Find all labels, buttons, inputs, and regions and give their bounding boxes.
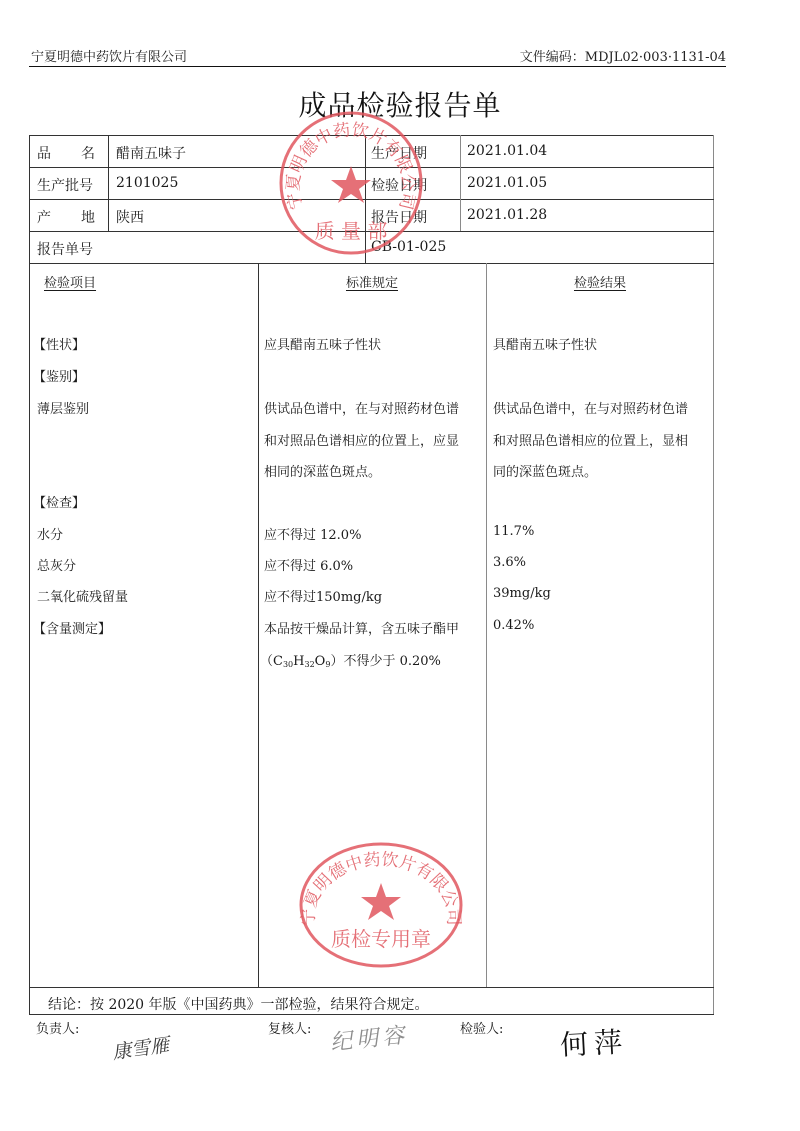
result-moisture: 11.7% xyxy=(493,524,534,539)
item-total-ash: 总灰分 xyxy=(37,555,76,574)
item-inspection: 【检查】 xyxy=(33,492,85,511)
inspector-label: 检验人: xyxy=(460,1018,503,1037)
item-assay: 【含量测定】 xyxy=(33,618,111,637)
svg-text:宁夏明德中药饮片有限公司: 宁夏明德中药饮片有限公司 xyxy=(299,850,463,926)
standard-assay-line1: 本品按干燥品计算，含五味子酯甲 xyxy=(264,618,459,637)
production-date-label: 生产日期 xyxy=(371,143,427,163)
report-number-label: 报告单号 xyxy=(37,239,93,259)
item-moisture: 水分 xyxy=(37,524,63,543)
production-date-value: 2021.01.04 xyxy=(467,143,547,159)
product-name-label: 品名 xyxy=(37,143,95,163)
svg-text:宁夏明德中药饮片有限公司: 宁夏明德中药饮片有限公司 xyxy=(283,120,418,211)
reviewer-label: 复核人: xyxy=(268,1018,311,1037)
standard-assay-line2: （C30H32O9）不得少于 0.20% xyxy=(260,650,441,669)
result-assay: 0.42% xyxy=(493,618,534,633)
company-name: 宁夏明德中药饮片有限公司 xyxy=(31,46,187,65)
quality-inspection-seal-icon: 宁夏明德中药饮片有限公司 质检专用章 xyxy=(296,840,466,970)
origin-label: 产地 xyxy=(37,207,95,227)
svg-text:质检专用章: 质检专用章 xyxy=(331,927,431,951)
header-divider xyxy=(29,66,726,67)
responsible-signature: 康雪雁 xyxy=(110,1030,170,1065)
page-title: 成品检验报告单 xyxy=(0,84,800,124)
item-tlc: 薄层鉴别 xyxy=(37,398,89,417)
standard-total-ash: 应不得过 6.0% xyxy=(264,555,353,574)
report-number-value: CB-01-025 xyxy=(371,239,446,255)
item-sulfur-dioxide: 二氧化硫残留量 xyxy=(37,586,128,605)
conclusion: 结论：按 2020 年版《中国药典》一部检验，结果符合规定。 xyxy=(48,994,429,1014)
report-date-value: 2021.01.28 xyxy=(467,207,547,223)
report-date-label: 报告日期 xyxy=(371,207,427,227)
result-tlc-line2: 和对照品色谱相应的位置上，显相 xyxy=(493,430,688,449)
standard-tlc-line1: 供试品色谱中，在与对照药材色谱 xyxy=(264,398,459,417)
inspector-signature: 何萍 xyxy=(559,1020,629,1064)
standard-moisture: 应不得过 12.0% xyxy=(264,524,361,543)
responsible-label: 负责人: xyxy=(36,1018,79,1037)
test-date-value: 2021.01.05 xyxy=(467,175,547,191)
column-header-standard: 标准规定 xyxy=(258,272,486,291)
product-name-value: 醋南五味子 xyxy=(116,143,186,163)
test-date-label: 检验日期 xyxy=(371,175,427,195)
standard-sulfur-dioxide: 应不得过150mg/kg xyxy=(264,586,382,605)
standard-appearance: 应具醋南五味子性状 xyxy=(264,334,381,353)
result-tlc-line3: 同的深蓝色斑点。 xyxy=(493,461,597,480)
column-header-item: 检验项目 xyxy=(44,272,96,291)
batch-value: 2101025 xyxy=(116,175,178,191)
item-appearance: 【性状】 xyxy=(33,334,85,353)
result-total-ash: 3.6% xyxy=(493,555,526,570)
item-identification: 【鉴别】 xyxy=(33,366,85,385)
standard-tlc-line3: 相同的深蓝色斑点。 xyxy=(264,461,381,480)
result-tlc-line1: 供试品色谱中，在与对照药材色谱 xyxy=(493,398,688,417)
batch-label: 生产批号 xyxy=(37,175,93,195)
column-header-result: 检验结果 xyxy=(486,272,714,291)
result-appearance: 具醋南五味子性状 xyxy=(493,334,597,353)
origin-value: 陕西 xyxy=(116,207,144,227)
reviewer-signature: 纪明容 xyxy=(329,1018,410,1057)
document-code: 文件编码：MDJL02·003·1131-04 xyxy=(520,46,726,65)
standard-tlc-line2: 和对照品色谱相应的位置上，应显 xyxy=(264,430,459,449)
result-sulfur-dioxide: 39mg/kg xyxy=(493,586,551,601)
